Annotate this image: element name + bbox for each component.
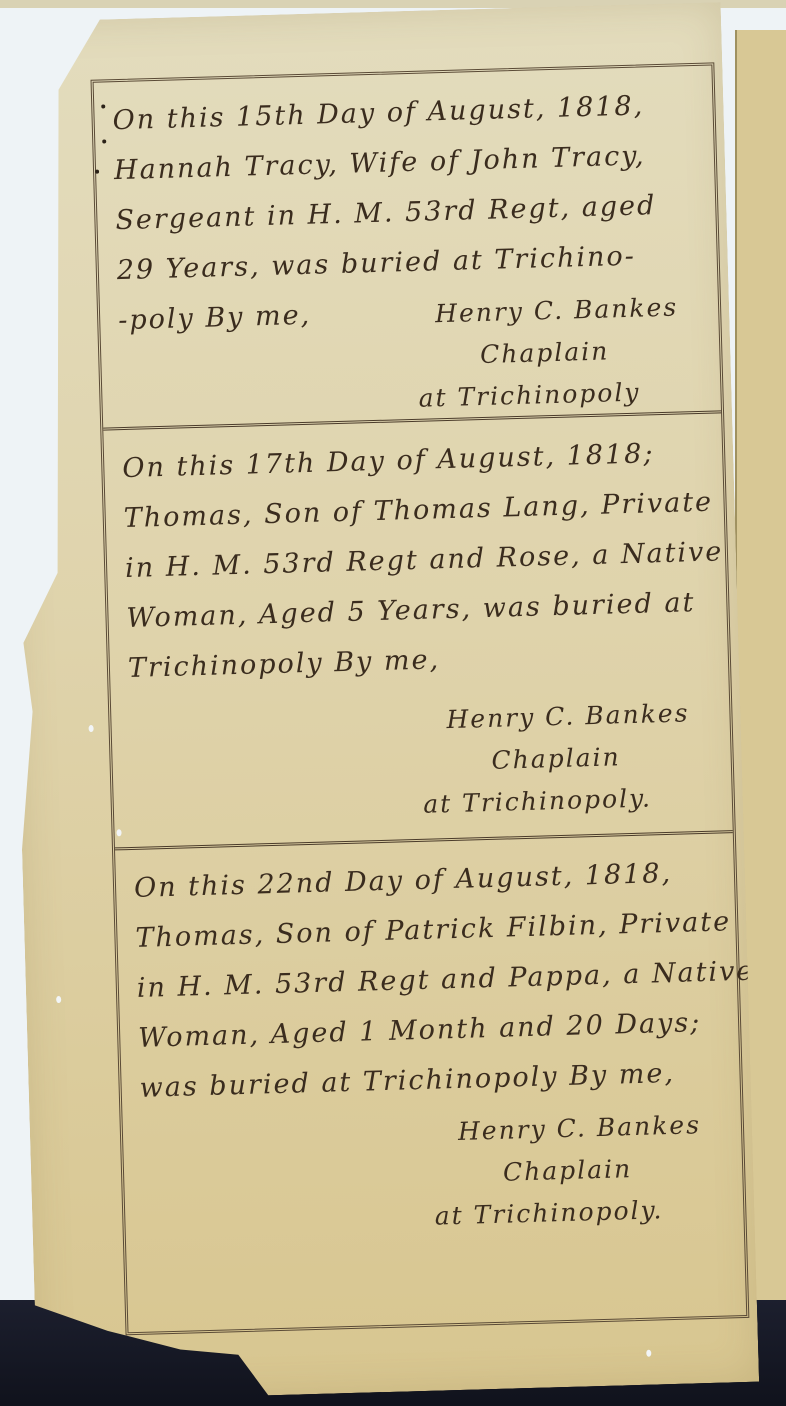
signature-block: Henry C. Bankes Chaplain at Trichinopoly… [129, 692, 712, 834]
margin-dot [95, 170, 99, 174]
worm-hole [56, 996, 61, 1003]
burial-entry: On this 17th Day of August, 1818; Thomas… [103, 410, 732, 847]
margin-dot [101, 104, 105, 108]
signature-block: Henry C. Bankes Chaplain at Trichinopoly… [141, 1104, 724, 1246]
burial-entry: On this 15th Day of August, 1818, Hannah… [94, 65, 721, 427]
ruled-frame: On this 15th Day of August, 1818, Hannah… [91, 62, 750, 1335]
burial-entry: On this 22nd Day of August, 1818, Thomas… [115, 830, 746, 1332]
worm-hole [116, 829, 121, 836]
worm-hole [89, 725, 94, 732]
worm-hole [646, 1350, 651, 1357]
register-page: On this 15th Day of August, 1818, Hannah… [0, 2, 759, 1402]
